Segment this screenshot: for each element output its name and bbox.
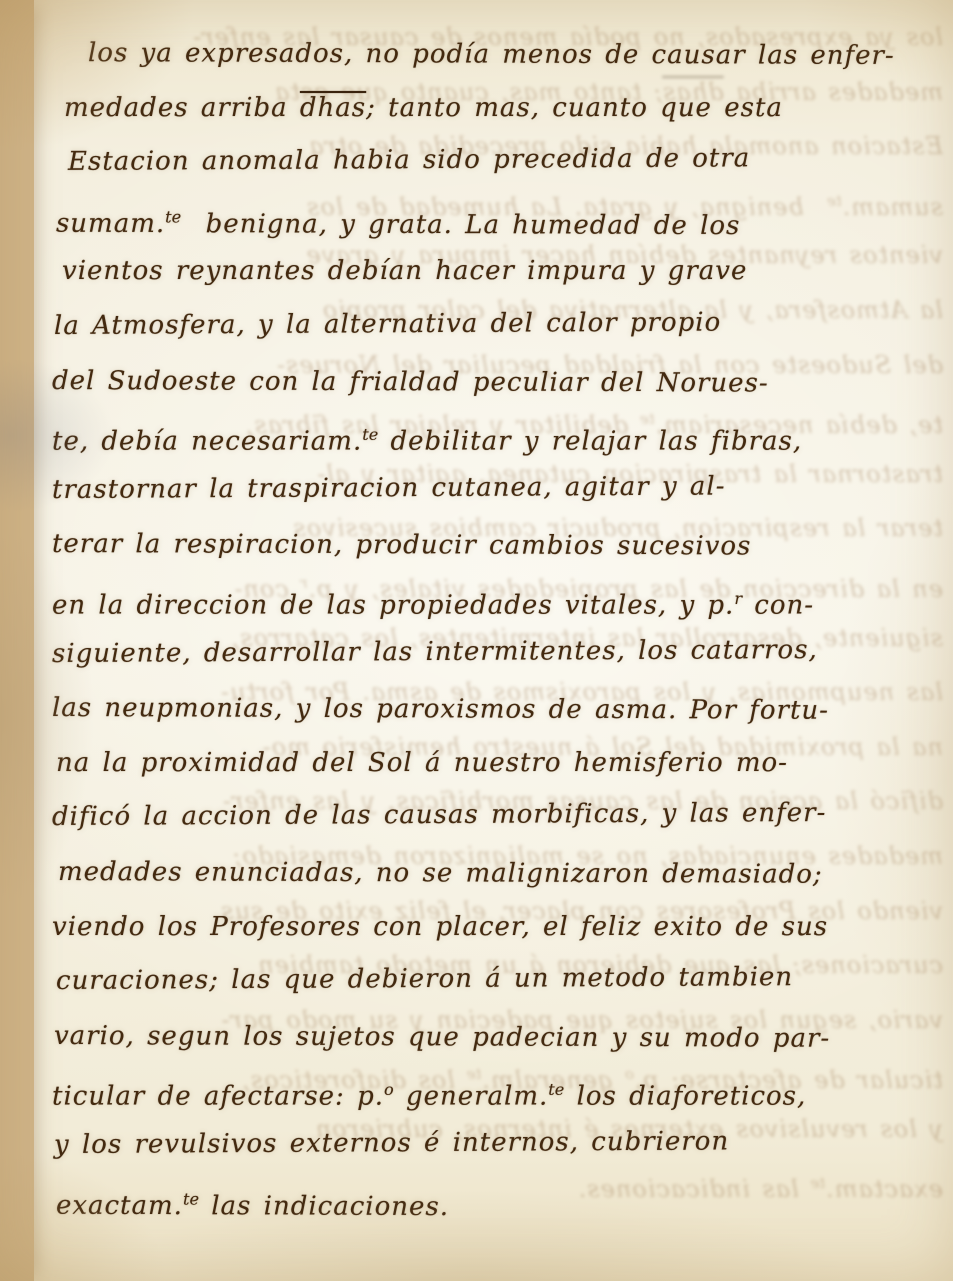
manuscript-page: los ya expresados, no podía menos de cau… [0,0,953,1281]
manuscript-line: trastornar la traspiracion cutanea, agit… [52,458,945,517]
manuscript-line: exactam.te las indicaciones. [52,1172,945,1230]
manuscript-line: vientos reynantes debían hacer impura y … [52,244,945,299]
manuscript-line: medades arriba dhas; tanto mas, cuanto q… [52,81,945,136]
manuscript-line: Estacion anomala habia sido precedida de… [52,131,945,190]
manuscript-line: dificó la accion de las causas morbifica… [52,786,945,845]
manuscript-line: na la proximidad del Sol á nuestro hemis… [52,736,945,791]
manuscript-line: terar la respiracion, producir cambios s… [52,517,945,575]
manuscript-line: siguiente, desarrollar las intermitentes… [52,622,945,681]
manuscript-line: del Sudoeste con la frialdad peculiar de… [52,354,945,412]
manuscript-line: vario, segun los sujetos que padecian y … [52,1009,945,1067]
binding-edge [0,0,34,1281]
manuscript-line: viendo los Profesores con placer, el fel… [52,900,945,955]
manuscript-line: los ya expresados, no podía menos de cau… [52,26,945,84]
manuscript-line: curaciones; las que debieron á un metodo… [52,949,945,1008]
manuscript-line: ticular de afectarse: p.o generalm.te lo… [52,1063,945,1118]
manuscript-line: en la direccion de las propiedades vital… [52,572,945,627]
manuscript-line: sumam.te benigna, y grata. La humedad de… [52,190,945,248]
manuscript-text-block: los ya expresados, no podía menos de cau… [52,26,945,1227]
manuscript-line: y los revulsivos externos é internos, cu… [52,1113,945,1172]
manuscript-line: te, debía necesariam.te debilitar y rela… [52,408,945,463]
manuscript-line: medades enunciadas, no se malignizaron d… [52,845,945,903]
manuscript-line: las neupmonias, y los paroxismos de asma… [52,681,945,739]
manuscript-line: la Atmosfera, y la alternativa del calor… [52,294,945,353]
